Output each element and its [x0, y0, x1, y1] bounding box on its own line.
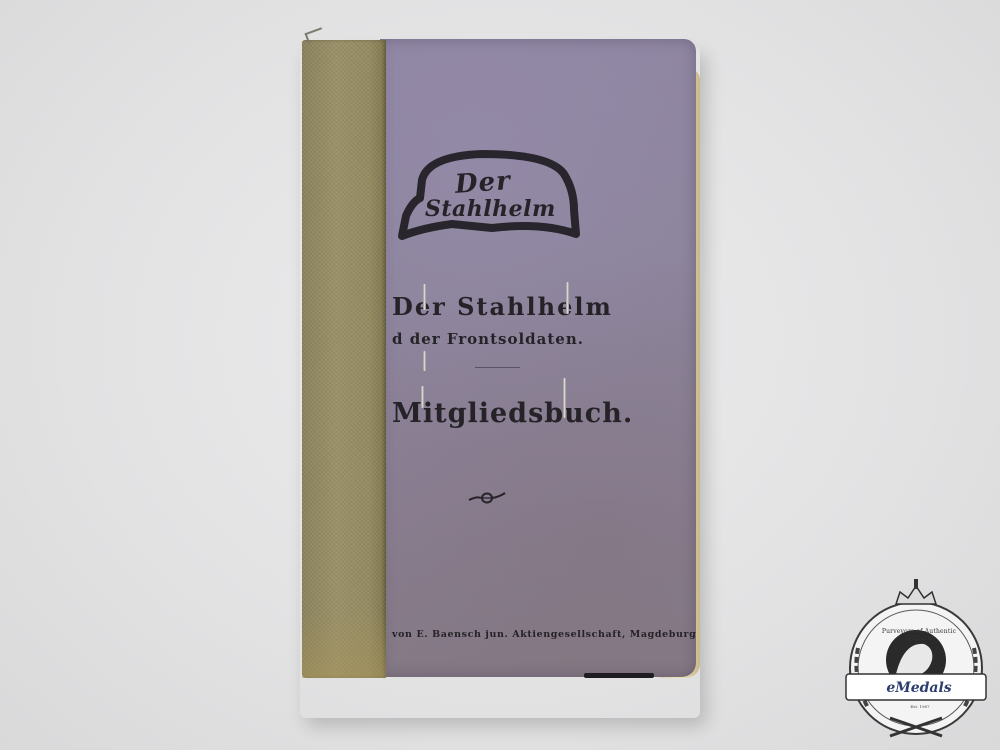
- title-subtitle: d der Frontsoldaten.: [392, 330, 584, 348]
- logo-text-stahlhelm: Stahlhelm: [425, 196, 556, 222]
- title-membership-book: Mitgliedsbuch.: [392, 398, 633, 429]
- staple-right-bottom: [563, 378, 566, 418]
- emedals-seal-icon: [838, 578, 994, 744]
- staple-left-bottom: [421, 386, 424, 408]
- staple-left-mid: [423, 351, 426, 371]
- logo-text-der: Der: [454, 166, 512, 200]
- publisher-imprint: von E. Baensch jun. Aktiengesellschaft, …: [392, 629, 696, 640]
- spine-wear: [302, 610, 386, 678]
- watermark-brand: eMedals: [871, 675, 967, 701]
- cloth-spine: [302, 40, 386, 678]
- watermark-motto: Purveyors of Authentic Militaria: [872, 628, 966, 642]
- watermark-established: Est. 1987: [900, 704, 940, 709]
- ornament-icon: [467, 489, 507, 505]
- divider-rule: [475, 367, 520, 368]
- booklet-cover: [380, 39, 696, 677]
- staple-left-top: [423, 284, 426, 310]
- tape-remnant: [584, 673, 654, 678]
- staple-right-top: [566, 282, 569, 314]
